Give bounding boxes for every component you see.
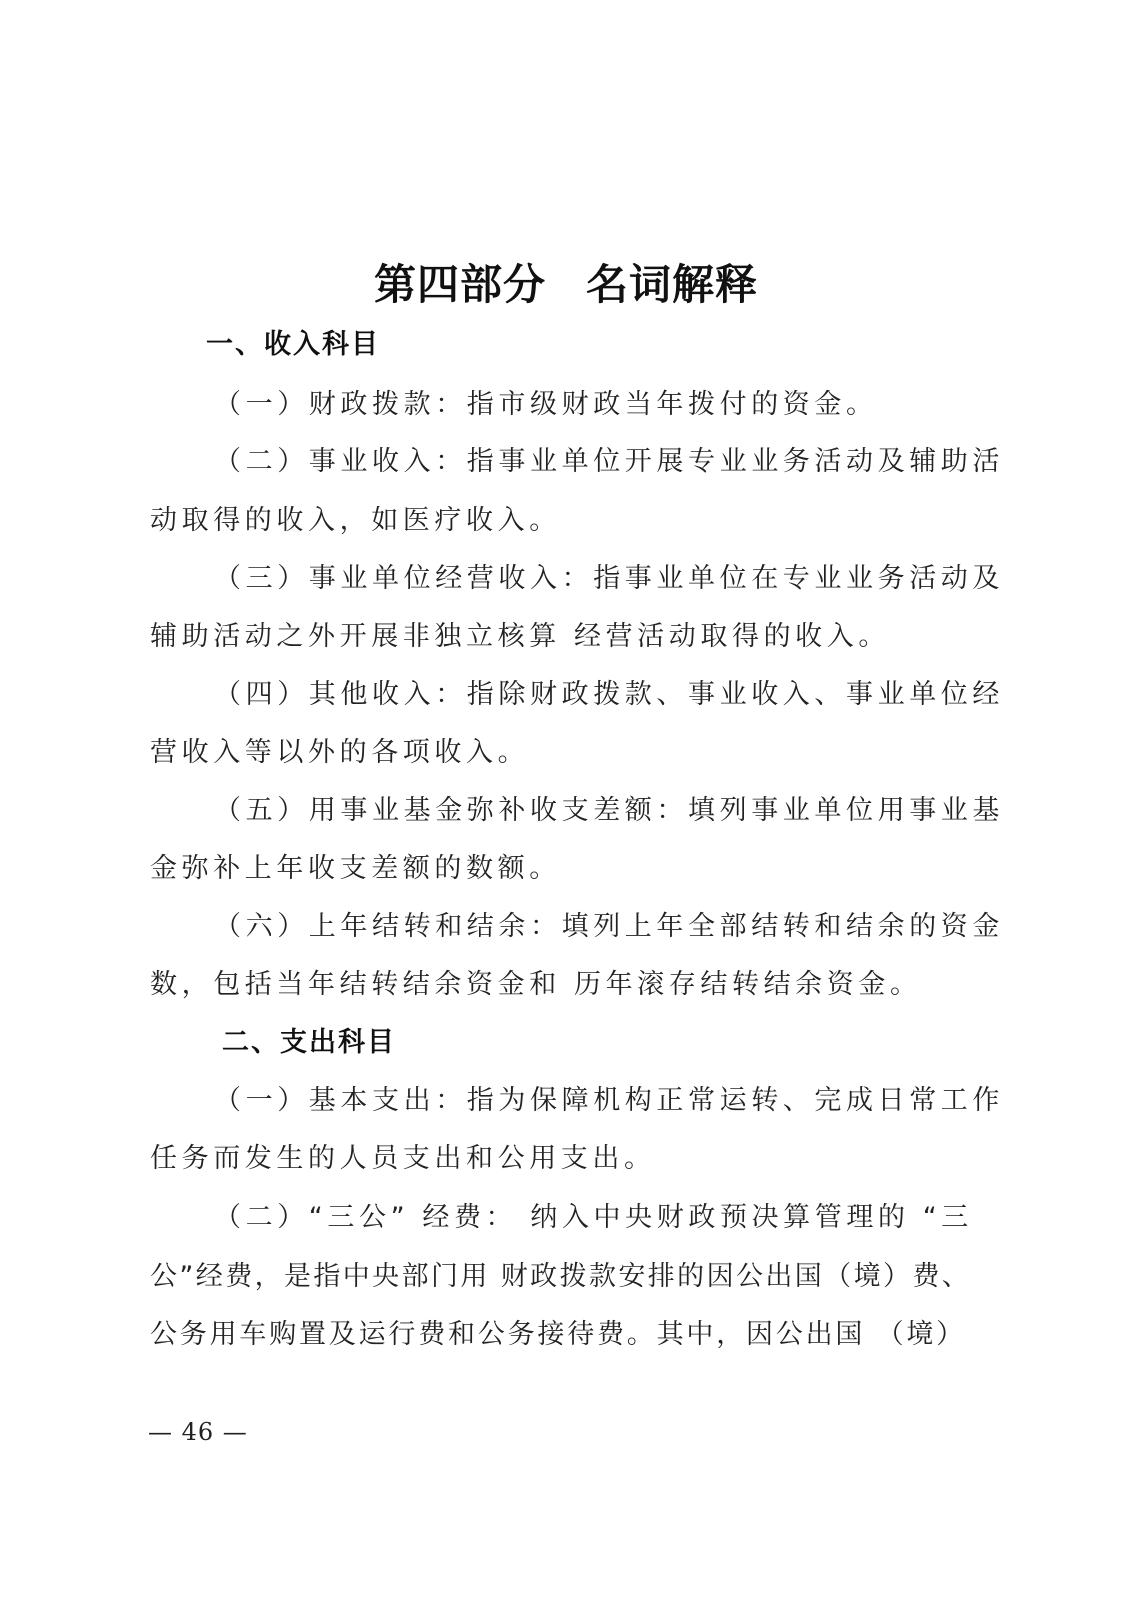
paragraph-line: （三）事业单位经营收入：指事业单位在专业业务活动及 — [214, 556, 1004, 595]
page-number: — 46 — — [148, 1418, 248, 1446]
paragraph-line: （六）上年结转和结余：填列上年全部结转和结余的资金 — [214, 904, 1004, 943]
title-part-1: 第四部分 — [374, 260, 546, 309]
paragraph-line: 数，包括当年结转结余资金和 历年滚存结转结余资金。 — [150, 962, 922, 1001]
page-title: 第四部分名词解释 — [0, 252, 1132, 312]
section-heading-expenditure: 二、支出科目 — [222, 1020, 396, 1059]
title-part-2: 名词解释 — [586, 260, 758, 309]
paragraph-line: （四）其他收入：指除财政拨款、事业收入、事业单位经 — [214, 672, 1004, 711]
document-page: 第四部分名词解释 一、收入科目 （一）财政拨款：指市级财政当年拨付的资金。 （二… — [0, 0, 1132, 1600]
paragraph-line: 辅助活动之外开展非独立核算 经营活动取得的收入。 — [150, 614, 890, 653]
paragraph-line: （二）“三公” 经费： 纳入中央财政预决算管理的 “三 — [214, 1195, 973, 1234]
paragraph-line: 营收入等以外的各项收入。 — [150, 730, 529, 769]
paragraph-line: 金弥补上年收支差额的数额。 — [150, 846, 561, 885]
paragraph-line: （一）基本支出：指为保障机构正常运转、完成日常工作 — [214, 1078, 1004, 1117]
paragraph-line: 任务而发生的人员支出和公用支出。 — [150, 1136, 656, 1175]
paragraph-line: （五）用事业基金弥补收支差额：填列事业单位用事业基 — [214, 788, 1004, 827]
paragraph-line: 动取得的收入，如医疗收入。 — [150, 498, 561, 537]
paragraph-line: （二）事业收入：指事业单位开展专业业务活动及辅助活 — [214, 439, 1004, 478]
paragraph-line: 公务用车购置及运行费和公务接待费。其中，因公出国 （境） — [150, 1312, 966, 1351]
paragraph-line: （一）财政拨款：指市级财政当年拨付的资金。 — [214, 382, 878, 421]
section-heading-income: 一、收入科目 — [206, 322, 380, 361]
paragraph-line: 公”经费，是指中央部门用 财政拨款安排的因公出国（境）费、 — [150, 1254, 971, 1293]
